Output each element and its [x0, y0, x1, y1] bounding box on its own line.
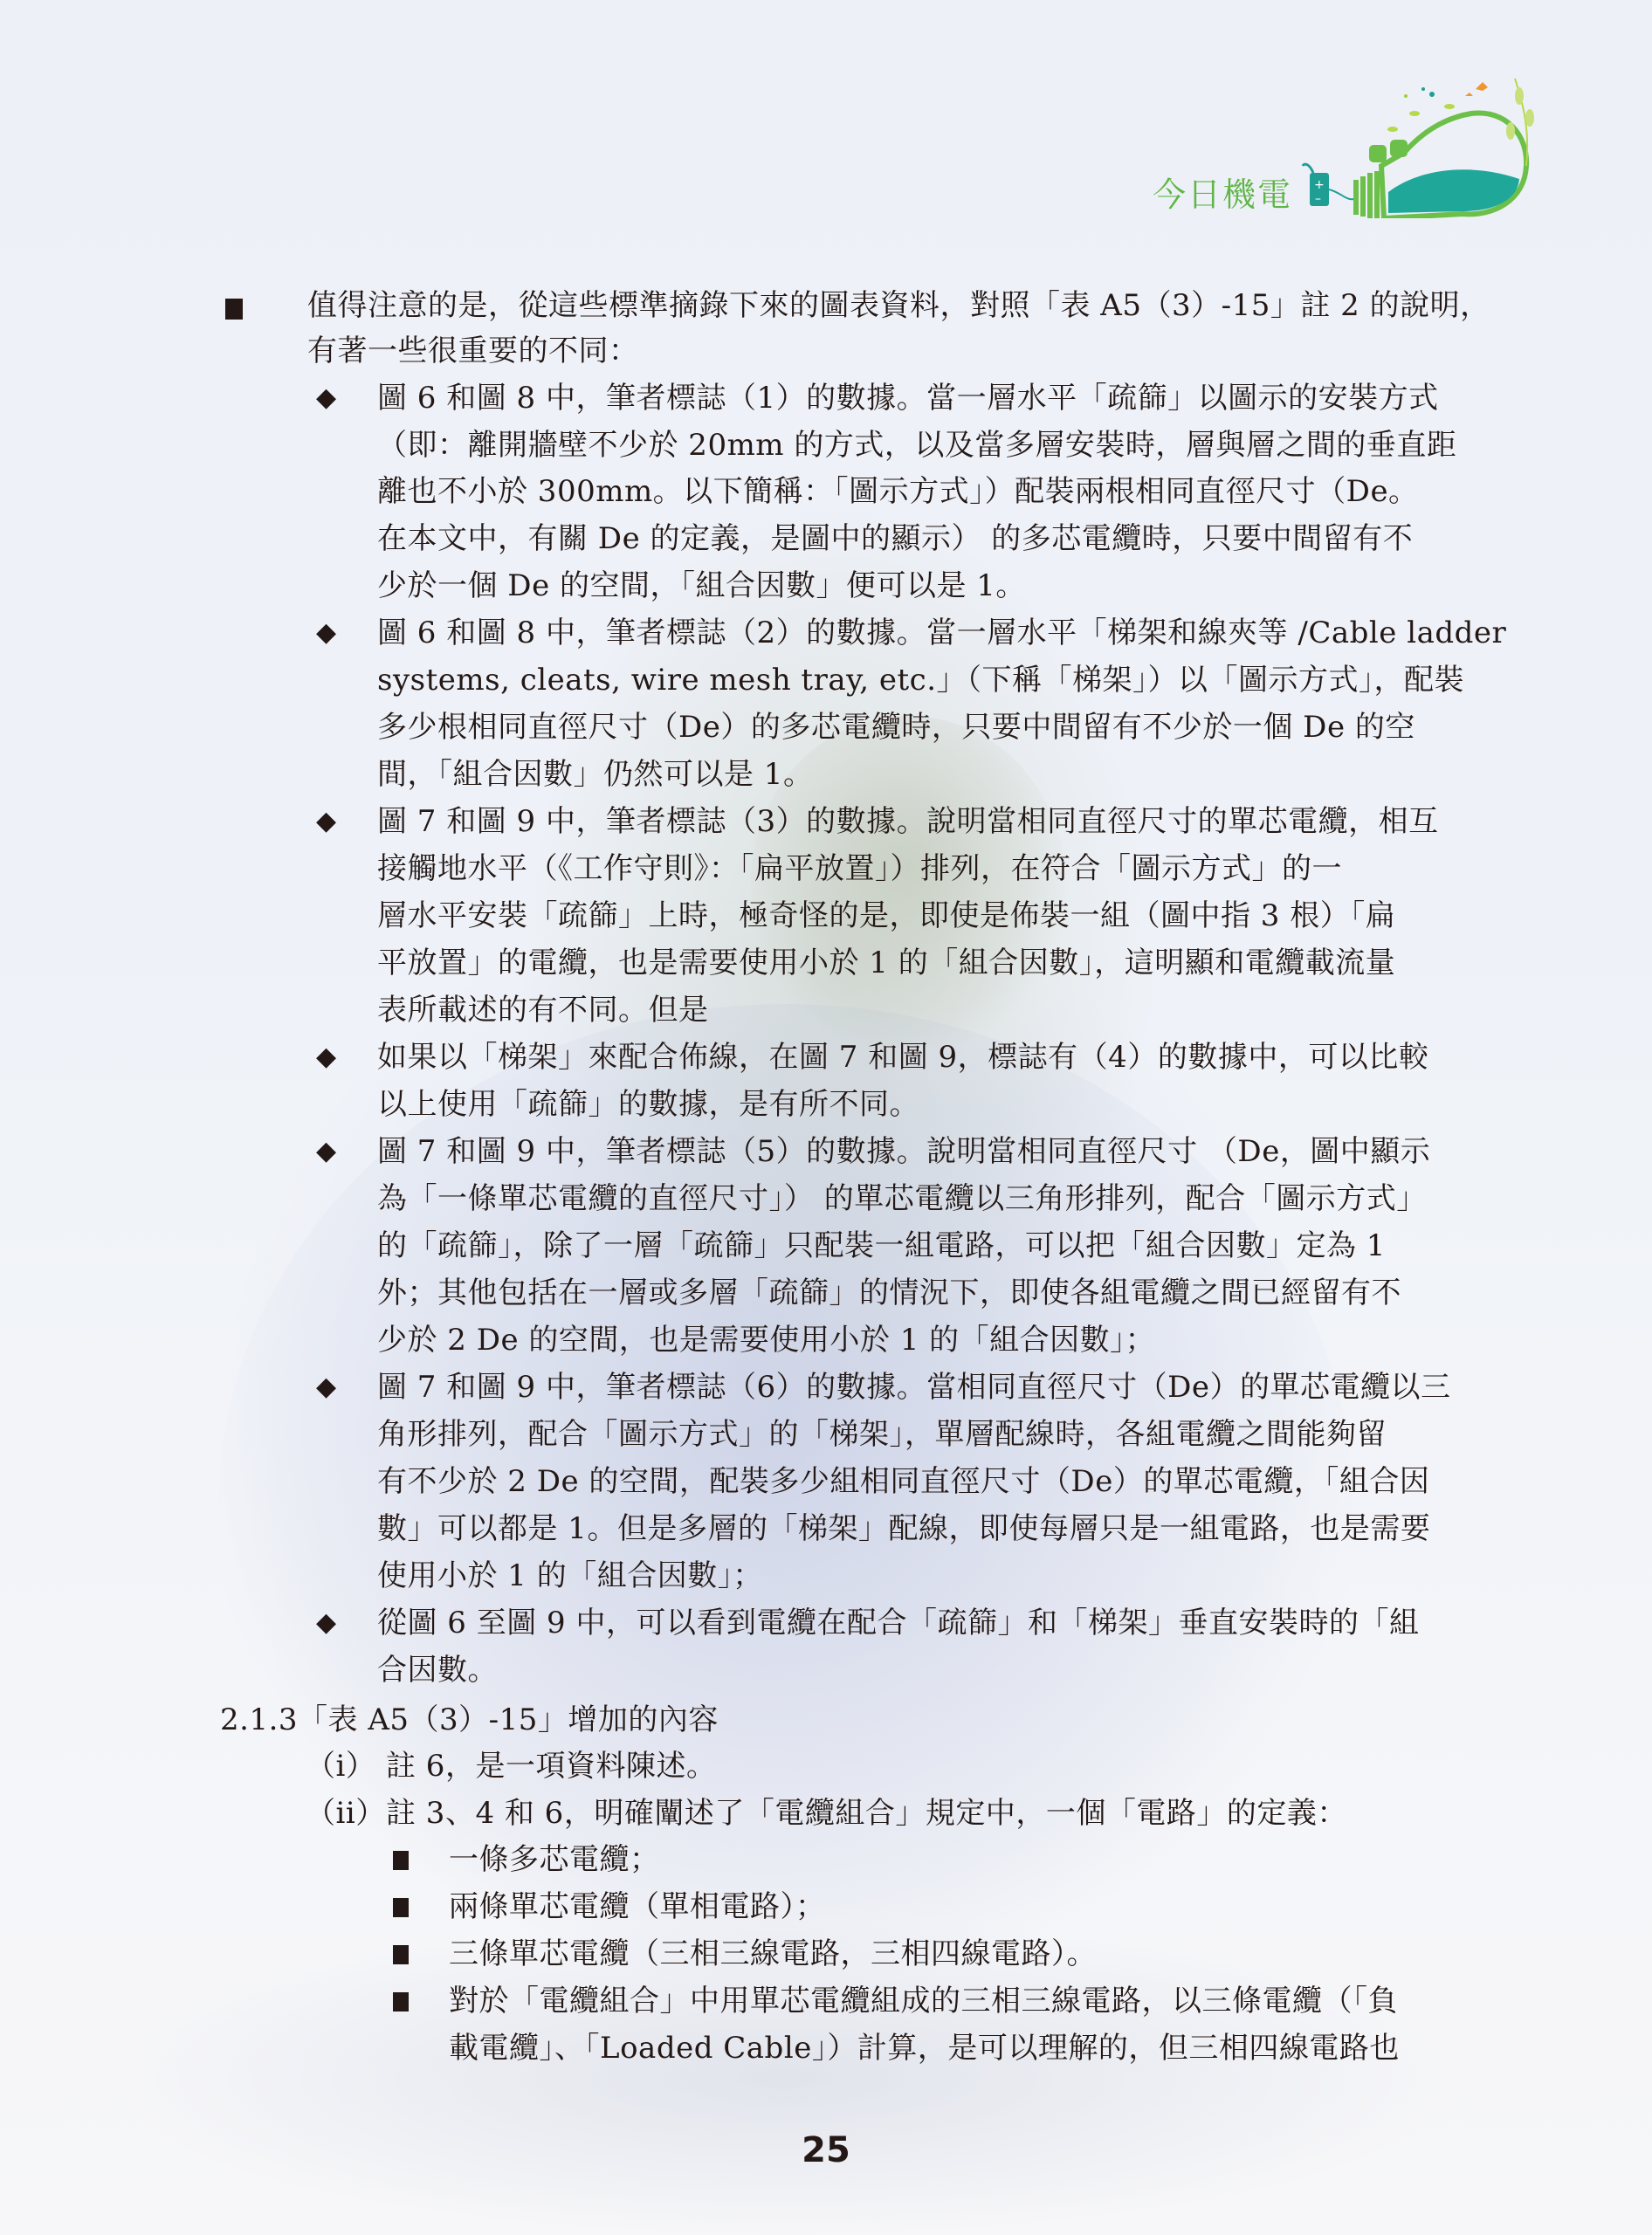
point-line: 從圖 6 至圖 9 中，可以看到電纜在配合「疏篩」和「梯架」垂直安裝時的「組: [377, 1606, 1420, 1640]
sub-bullet-line: 對於「電纜組合」中用單芯電纜組成的三相三線電路，以三條電纜（「負: [449, 1984, 1398, 2018]
point-line: 表所載述的有不同。但是: [377, 993, 709, 1028]
lightbulb-battery-icon: + –: [1301, 70, 1537, 218]
point-line: 如果以「梯架」來配合佈線，在圖 7 和圖 9，標誌有（4）的數據中，可以比較: [377, 1040, 1428, 1075]
point-line: 角形排列，配合「圖示方式」的「梯架」，單層配線時，各組電纜之間能夠留: [377, 1417, 1387, 1452]
point-line: 合因數。: [377, 1653, 498, 1688]
point-line: 為「一條單芯電纜的直徑尺寸」） 的單芯電纜以三角形排列，配合「圖示方式」: [377, 1181, 1427, 1216]
diamond-bullet-icon: ◆: [316, 1040, 336, 1075]
square-bullet-icon: [225, 299, 243, 320]
section-heading: 2.1.3「表 A5（3）-15」增加的內容: [220, 1702, 719, 1737]
point-line: 少於一個 De 的空間，「組合因數」便可以是 1。: [377, 568, 1026, 603]
sub-bullet-line: 兩條單芯電纜（單相電路）；: [449, 1889, 826, 1924]
diamond-bullet-icon: ◆: [316, 615, 336, 650]
point-line: 有不少於 2 De 的空間，配裝多少組相同直徑尺寸（De）的單芯電纜，「組合因: [377, 1464, 1429, 1499]
svg-text:+: +: [1314, 178, 1325, 192]
point-line: 間，「組合因數」仍然可以是 1。: [377, 757, 813, 792]
square-bullet-icon: [393, 1851, 409, 1870]
point-line: 外；其他包括在一層或多層「疏篩」的情況下，即使各組電纜之間已經留有不: [377, 1276, 1401, 1310]
point-line: （即：離開牆壁不少於 20mm 的方式，以及當多層安裝時，層與層之間的垂直距: [377, 428, 1456, 463]
intro-line: 有著一些很重要的不同：: [307, 334, 639, 368]
magazine-title: 今日機電: [1153, 168, 1292, 216]
svg-text:–: –: [1315, 192, 1321, 206]
diamond-bullet-icon: ◆: [316, 1370, 336, 1405]
point-line: 少於 2 De 的空間，也是需要使用小於 1 的「組合因數」；: [377, 1323, 1155, 1358]
point-line: 平放置」的電纜，也是需要使用小於 1 的「組合因數」，這明顯和電纜載流量: [377, 946, 1395, 980]
magazine-header-logo: 今日機電 + –: [1153, 70, 1537, 218]
point-line: 圖 7 和圖 9 中，筆者標誌（6）的數據。當相同直徑尺寸（De）的單芯電纜以三: [377, 1370, 1451, 1405]
diamond-bullet-icon: ◆: [316, 1606, 336, 1640]
point-line: 數」可以都是 1。但是多層的「梯架」配線，即使每層只是一組電路，也是需要: [377, 1511, 1430, 1546]
point-line: 圖 6 和圖 8 中，筆者標誌（2）的數據。當一層水平「梯架和線夾等 /Cabl…: [377, 615, 1506, 650]
point-line: 在本文中，有關 De 的定義，是圖中的顯示） 的多芯電纜時，只要中間留有不: [377, 521, 1413, 556]
square-bullet-icon: [393, 1992, 409, 2011]
point-line: 接觸地水平（《工作守則》：「扁平放置」）排列，在符合「圖示方式」的一: [377, 851, 1342, 886]
point-line: 使用小於 1 的「組合因數」；: [377, 1558, 763, 1593]
sub-bullet-line: 一條多芯電纜；: [449, 1842, 660, 1877]
point-line: 離也不小於 300mm。以下簡稱：「圖示方式」）配裝兩根相同直徑尺寸（De。: [377, 474, 1419, 509]
diamond-bullet-icon: ◆: [316, 1134, 336, 1169]
point-line: 以上使用「疏篩」的數據，是有所不同。: [377, 1087, 919, 1122]
section-item-marker: （ii）: [306, 1796, 386, 1831]
point-line: 層水平安裝「疏篩」上時，極奇怪的是，即使是佈裝一組（圖中指 3 根）「扁: [377, 898, 1395, 933]
diamond-bullet-icon: ◆: [316, 381, 336, 416]
point-line: systems, cleats, wire mesh tray, etc.」（下…: [377, 663, 1464, 698]
section-item-marker: （i）: [306, 1749, 375, 1784]
section-item-text: 註 3、4 和 6，明確闡述了「電纜組合」規定中，一個「電路」的定義：: [386, 1796, 1347, 1831]
sub-bullet-line: 載電纜」、「Loaded Cable」）計算，是可以理解的，但三相四線電路也: [449, 2031, 1400, 2066]
square-bullet-icon: [393, 1945, 409, 1964]
point-line: 多少根相同直徑尺寸（De）的多芯電纜時，只要中間留有不少於一個 De 的空: [377, 710, 1415, 745]
point-line: 圖 7 和圖 9 中，筆者標誌（5）的數據。說明當相同直徑尺寸 （De，圖中顯示: [377, 1134, 1430, 1169]
point-line: 圖 6 和圖 8 中，筆者標誌（1）的數據。當一層水平「疏篩」以圖示的安裝方式: [377, 381, 1439, 416]
sub-bullet-line: 三條單芯電纜（三相三線電路，三相四線電路）。: [449, 1936, 1097, 1971]
square-bullet-icon: [393, 1898, 409, 1917]
page-number: 25: [0, 2130, 1652, 2170]
point-line: 圖 7 和圖 9 中，筆者標誌（3）的數據。說明當相同直徑尺寸的單芯電纜，相互: [377, 804, 1439, 839]
point-line: 的「疏篩」，除了一層「疏篩」只配裝一組電路，可以把「組合因數」定為 1: [377, 1228, 1386, 1263]
section-item-text: 註 6，是一項資料陳述。: [386, 1749, 716, 1784]
intro-line: 值得注意的是，從這些標準摘錄下來的圖表資料，對照「表 A5（3）-15」註 2 …: [307, 288, 1490, 323]
diamond-bullet-icon: ◆: [316, 804, 336, 839]
